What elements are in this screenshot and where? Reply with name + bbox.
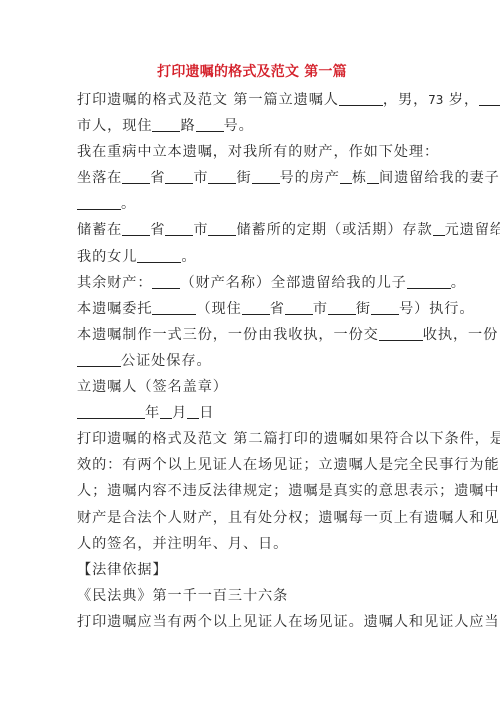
- blank: [208, 169, 236, 184]
- paragraph-declaration: 我在重病中立本遗嘱，对我所有的财产，作如下处理：: [77, 139, 429, 165]
- paragraph-savings: 储蓄在省市储蓄所的定期（或活期）存款元遗留给: [77, 217, 429, 243]
- blank: [165, 221, 193, 236]
- paragraph-second-article-l1: 打印遗嘱的格式及范文 第二篇打印的遗嘱如果符合以下条件，是有: [77, 426, 429, 452]
- text: 公证处保存。: [121, 353, 212, 369]
- paragraph-savings-cont: 我的女儿。: [77, 244, 429, 270]
- paragraph-other-property: 其余财产：（财产名称）全部遗留给我的儿子。: [77, 270, 429, 296]
- blank: [252, 169, 280, 184]
- text: 日: [199, 405, 214, 421]
- blank-executor-name: [152, 300, 196, 315]
- paragraph-second-article-l3: 人；遗嘱内容不违反法律规定；遗嘱是真实的意思表示；遗嘱中的: [77, 478, 429, 504]
- text: 。: [121, 196, 136, 212]
- text: 年: [145, 405, 160, 421]
- text: 号）执行。: [399, 301, 474, 317]
- text: 路: [180, 118, 195, 134]
- blank: [371, 300, 399, 315]
- text: 市人，现住: [77, 118, 152, 134]
- text: 。: [451, 275, 466, 291]
- paragraph-testator-intro: 打印遗嘱的格式及范文 第一篇立遗嘱人，男，73 岁，: [77, 87, 429, 113]
- paragraph-house-property-cont: 。: [77, 191, 429, 217]
- text: 储蓄所的定期（或活期）存款: [236, 222, 432, 238]
- blank-city: [479, 91, 500, 106]
- legal-basis-heading: 【法律依据】: [77, 557, 429, 583]
- blank: [122, 221, 150, 236]
- text: 月: [172, 405, 187, 421]
- blank-property-name: [152, 274, 180, 289]
- document-page: 打印遗嘱的格式及范文 第一篇 打印遗嘱的格式及范文 第一篇立遗嘱人，男，73 岁…: [77, 61, 429, 635]
- signature-label: 立遗嘱人（签名盖章）: [77, 374, 429, 400]
- paragraph-printed-will-rule: 打印遗嘱应当有两个以上见证人在场见证。遗嘱人和见证人应当在: [77, 609, 429, 635]
- text: 市: [193, 170, 208, 186]
- blank-year: [77, 404, 145, 419]
- blank-road: [152, 117, 180, 132]
- blank: [208, 221, 236, 236]
- age-value: 73: [428, 93, 443, 107]
- document-title: 打印遗嘱的格式及范文 第一篇: [75, 61, 429, 87]
- blank: [242, 300, 270, 315]
- text: 号的房产: [280, 170, 340, 186]
- paragraph-testator-address: 市人，现住路号。: [77, 113, 429, 139]
- text: 省: [150, 222, 165, 238]
- blank: [340, 169, 352, 184]
- blank-amount: [433, 221, 445, 236]
- blank-month: [160, 404, 172, 419]
- text: 储蓄在: [77, 222, 122, 238]
- blank-wife-name: [77, 195, 121, 210]
- paragraph-second-article-l2: 效的：有两个以上见证人在场见证；立遗嘱人是完全民事行为能力: [77, 452, 429, 478]
- blank-daughter-name: [137, 248, 181, 263]
- paragraph-house-property: 坐落在省市街号的房产栋间遗留给我的妻子: [77, 165, 429, 191]
- paragraph-copies: 本遗嘱制作一式三份，一份由我收执，一份交收执，一份由: [77, 322, 429, 348]
- text: 我的女儿: [77, 249, 137, 265]
- text: 街: [236, 170, 251, 186]
- text: 号。: [224, 118, 254, 134]
- text: 市: [193, 222, 208, 238]
- text: 打印遗嘱的格式及范文 第一篇立遗嘱人: [77, 92, 339, 108]
- text: （现住: [196, 301, 241, 317]
- blank-number: [196, 117, 224, 132]
- text: 其余财产：: [77, 275, 152, 291]
- blank-notary: [77, 352, 121, 367]
- text: 收执，一份由: [423, 327, 500, 343]
- blank: [379, 326, 423, 341]
- text: 本遗嘱委托: [77, 301, 152, 317]
- text: 间遗留给我的妻子: [379, 170, 500, 186]
- blank-son-name: [407, 274, 451, 289]
- text: 元遗留给: [445, 222, 500, 238]
- text: 栋: [352, 170, 367, 186]
- paragraph-second-article-l5: 人的签名，并注明年、月、日。: [77, 531, 429, 557]
- civil-code-article: 《民法典》第一千一百三十六条: [77, 583, 429, 609]
- text: 。: [181, 249, 196, 265]
- blank: [328, 300, 356, 315]
- text: 市: [313, 301, 328, 317]
- paragraph-second-article-l4: 财产是合法个人财产，且有处分权；遗嘱每一页上有遗嘱人和见证: [77, 505, 429, 531]
- text: 省: [270, 301, 285, 317]
- text: 坐落在: [77, 170, 122, 186]
- date-line: 年月日: [77, 400, 429, 426]
- paragraph-executor: 本遗嘱委托（现住省市街号）执行。: [77, 296, 429, 322]
- blank: [165, 169, 193, 184]
- blank: [122, 169, 150, 184]
- text: 省: [150, 170, 165, 186]
- text: （财产名称）全部遗留给我的儿子: [180, 275, 406, 291]
- blank: [285, 300, 313, 315]
- text: 本遗嘱制作一式三份，一份由我收执，一份交: [77, 327, 379, 343]
- blank-testator-name: [339, 91, 383, 106]
- text: 街: [356, 301, 371, 317]
- text: ，男，: [383, 92, 428, 108]
- paragraph-copies-cont: 公证处保存。: [77, 348, 429, 374]
- blank: [367, 169, 379, 184]
- text: 岁，: [443, 92, 479, 108]
- blank-day: [187, 404, 199, 419]
